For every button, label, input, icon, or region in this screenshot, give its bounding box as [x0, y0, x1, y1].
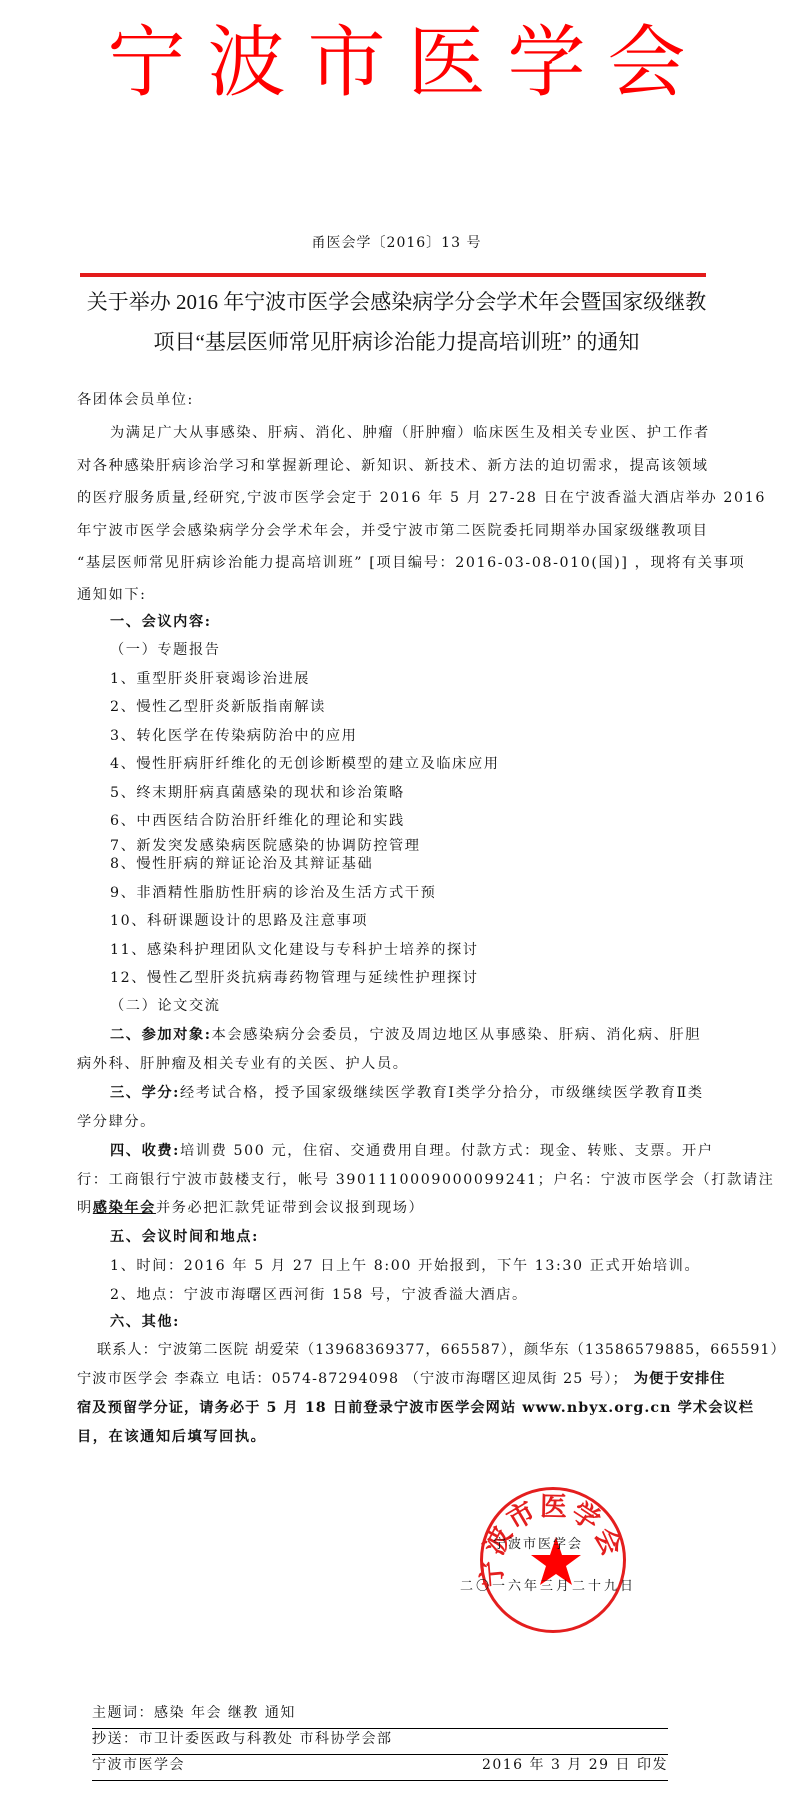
intro-line: 年宁波市医学会感染病学分会学术年会，并受宁波市第二医院委托同期举办国家级继教项目: [77, 521, 709, 541]
footer-issuer: 宁波市医学会 2016 年 3 月 29 日 印发: [92, 1754, 668, 1781]
subsection-papers: （二）论文交流: [110, 996, 221, 1016]
meeting-time: 1、时间：2016 年 5 月 27 日上午 8:00 开始报到，下午 13:3…: [110, 1256, 700, 1276]
intro-line: 通知如下:: [77, 585, 147, 605]
fees-text: 培训费 500 元，住宿、交通费用自理。付款方式：现金、转账、支票。开户: [180, 1143, 714, 1159]
section-credits: 三、学分:经考试合格，授予国家级继续医学教育Ⅰ类学分拾分，市级继续医学教育Ⅱ类: [110, 1083, 704, 1103]
fees-note: 明感染年会并务必把汇款凭证带到会议报到现场）: [77, 1198, 424, 1218]
credits-text: 经考试合格，授予国家级继续医学教育Ⅰ类学分拾分，市级继续医学教育Ⅱ类: [180, 1085, 704, 1101]
document-number: 甬医会学〔2016〕13 号: [0, 232, 793, 252]
topic-item: 1、重型肝炎肝衰竭诊治进展: [110, 669, 310, 689]
registration-note-end: 目，在该通知后填写回执。: [77, 1427, 266, 1447]
section-fees: 四、收费:培训费 500 元，住宿、交通费用自理。付款方式：现金、转账、支票。开…: [110, 1141, 714, 1161]
intro-line: 为满足广大从事感染、肝病、消化、肿瘤（肝肿瘤）临床医生及相关专业医、护工作者: [110, 423, 710, 443]
fees-note-post: 并务必把汇款凭证带到会议报到现场）: [156, 1200, 424, 1216]
topic-item: 10、科研课题设计的思路及注意事项: [110, 911, 368, 931]
meeting-place: 2、地点：宁波市海曙区西河街 158 号，宁波香溢大酒店。: [110, 1285, 528, 1305]
contact-line-1: 联系人：宁波第二医院 胡爱荣（13968369377，665587），颜华东（1…: [97, 1340, 786, 1360]
registration-note: 为便于安排住: [628, 1371, 726, 1387]
salutation: 各团体会员单位:: [77, 390, 194, 410]
section-heading-fees: 四、收费:: [110, 1143, 180, 1159]
section-heading-other: 六、其他:: [110, 1312, 180, 1332]
intro-line: 的医疗服务质量,经研究,宁波市医学会定于 2016 年 5 月 27-28 日在…: [77, 488, 766, 508]
keywords-text: 主题词：感染 年会 继教 通知: [92, 1705, 296, 1721]
fees-note-emphasis: 感染年会: [93, 1200, 156, 1216]
credits-text-cont: 学分肆分。: [77, 1112, 156, 1132]
masthead-title: 宁波市医学会: [0, 18, 793, 108]
contact-info: 宁波市医学会 李森立 电话：0574-87294098 （宁波市海曙区迎凤街 2…: [77, 1371, 628, 1387]
topic-item: 11、感染科护理团队文化建设与专科护士培养的探讨: [110, 940, 479, 960]
intro-line: 对各种感染肝病诊治学习和掌握新理论、新知识、新技术、新方法的迫切需求，提高该领域: [77, 456, 709, 476]
subsection-reports: （一）专题报告: [110, 640, 221, 660]
footer-keywords: 主题词：感染 年会 继教 通知: [92, 1702, 668, 1729]
topic-item: 3、转化医学在传染病防治中的应用: [110, 726, 357, 746]
signature-date: 二〇一六年三月二十九日: [460, 1575, 636, 1594]
topic-item: 12、慢性乙型肝炎抗病毒药物管理与延续性护理探讨: [110, 968, 479, 988]
section-heading-content: 一、会议内容:: [110, 612, 212, 632]
intro-line: “基层医师常见肝病诊治能力提高培训班” [项目编号：2016-03-08-010…: [77, 553, 745, 573]
section-heading-time-place: 五、会议时间和地点:: [110, 1227, 259, 1247]
topic-item: 5、终末期肝病真菌感染的现状和诊治策略: [110, 783, 405, 803]
participants-text: 本会感染病分会委员，宁波及周边地区从事感染、肝病、消化病、肝胆: [212, 1027, 701, 1043]
document-footer: 主题词：感染 年会 继教 通知 抄送：市卫计委医政与科教处 市科协学会部 宁波市…: [92, 1702, 668, 1792]
topic-item: 9、非酒精性脂肪性肝病的诊治及生活方式干预: [110, 883, 436, 903]
topic-item: 8、慢性肝病的辩证论治及其辩证基础: [110, 854, 373, 874]
section-participants: 二、参加对象:本会感染病分会委员，宁波及周边地区从事感染、肝病、消化病、肝胆: [110, 1025, 701, 1045]
issuer-text: 宁波市医学会: [92, 1757, 185, 1773]
topic-item: 7、新发突发感染病医院感染的协调防控管理: [110, 836, 421, 856]
notice-body: 各团体会员单位: 为满足广大从事感染、肝病、消化、肿瘤（肝肿瘤）临床医生及相关专…: [77, 390, 711, 1390]
fees-note-pre: 明: [77, 1200, 93, 1216]
topic-item: 4、慢性肝病肝纤维化的无创诊断模型的建立及临床应用: [110, 754, 500, 774]
section-heading-participants: 二、参加对象:: [110, 1027, 212, 1043]
notice-title-line-2: 项目“基层医师常见肝病诊治能力提高培训班” 的通知: [0, 328, 793, 356]
registration-note-cont: 宿及预留学分证，请务必于 5 月 18 日前登录宁波市医学会网站 www.nby…: [77, 1398, 754, 1418]
topic-item: 6、中西医结合防治肝纤维化的理论和实践: [110, 811, 405, 831]
cc-text: 抄送：市卫计委医政与科教处 市科协学会部: [92, 1731, 392, 1747]
issue-date: 2016 年 3 月 29 日 印发: [482, 1754, 668, 1776]
red-divider: [80, 273, 706, 277]
contact-line-2: 宁波市医学会 李森立 电话：0574-87294098 （宁波市海曙区迎凤街 2…: [77, 1369, 726, 1389]
notice-title-line-1: 关于举办 2016 年宁波市医学会感染病学分会学术年会暨国家级继教: [0, 288, 793, 316]
footer-cc: 抄送：市卫计委医政与科教处 市科协学会部: [92, 1728, 668, 1755]
section-heading-credits: 三、学分:: [110, 1085, 180, 1101]
participants-text-cont: 病外科、肝肿瘤及相关专业有的关医、护人员。: [77, 1054, 409, 1074]
signature-org: 宁波市医学会: [493, 1533, 583, 1552]
topic-item: 2、慢性乙型肝炎新版指南解读: [110, 697, 326, 717]
fees-bank-info: 行：工商银行宁波市鼓楼支行，帐号 3901110009000099241；户名：…: [77, 1170, 774, 1190]
